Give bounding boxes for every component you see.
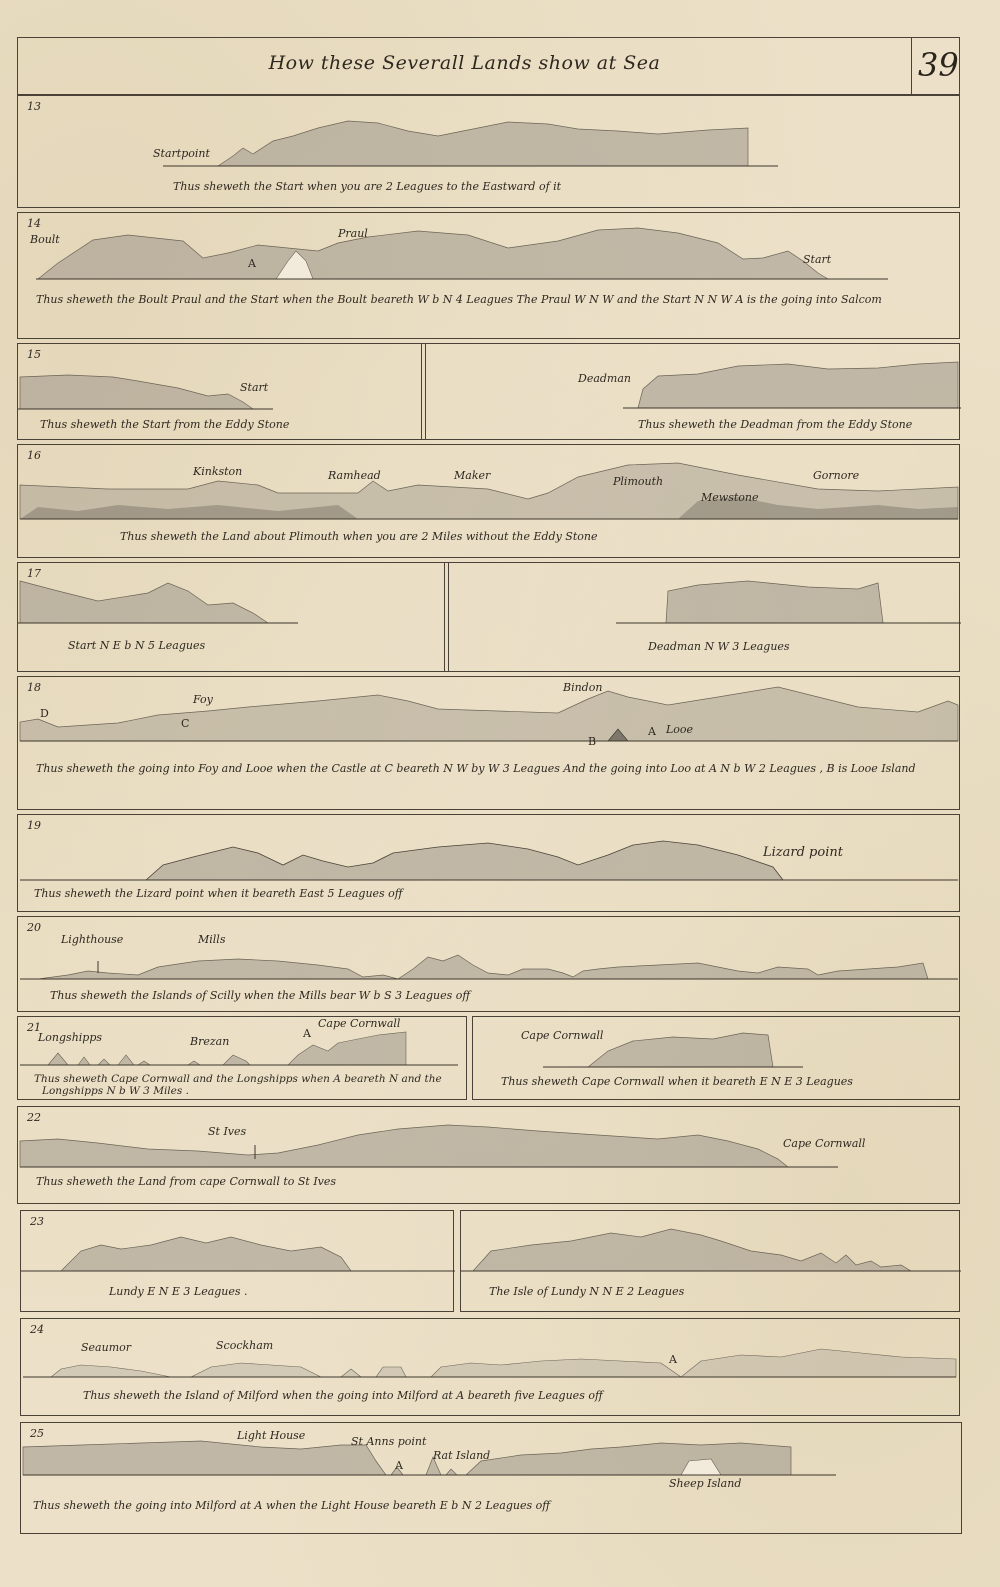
- label-praul: Praul: [338, 227, 368, 240]
- view-15: 15 Start Thus sheweth the Start from the…: [17, 343, 960, 440]
- view-caption: Thus sheweth the Lizard point when it be…: [34, 887, 403, 900]
- label-kinkston: Kinkston: [193, 465, 242, 478]
- view-20: 20 Lighthouse Mills Thus sheweth the Isl…: [17, 916, 960, 1012]
- label-ramhead: Ramhead: [328, 469, 381, 482]
- view-25: 25 Light House St Anns point A Rat Islan…: [20, 1422, 962, 1534]
- label-start: Start: [240, 381, 268, 394]
- label-cape-cornwall: Cape Cornwall: [318, 1017, 400, 1030]
- view-caption: Thus sheweth the Island of Milford when …: [83, 1389, 603, 1402]
- right-caption: The Isle of Lundy N N E 2 Leagues: [489, 1285, 684, 1298]
- marker-c: C: [181, 717, 189, 730]
- view-17: 17 Start N E b N 5 Leagues Deadman N W 3…: [17, 562, 960, 672]
- marker-a: A: [669, 1353, 677, 1366]
- label-startpoint: Startpoint: [153, 147, 210, 160]
- label-bindon: Bindon: [563, 681, 602, 694]
- view-13: 13 Startpoint Thus sheweth the Start whe…: [17, 95, 960, 208]
- label-rat-island: Rat Island: [433, 1449, 490, 1462]
- coastline-profile: [18, 677, 961, 811]
- marker-d: D: [40, 707, 49, 720]
- view-21-left: 21 Longshipps Brezan A Cape Cornwall Thu…: [17, 1016, 467, 1100]
- page-number: 39: [918, 46, 959, 84]
- label-st-ives: St Ives: [208, 1125, 246, 1138]
- page-number-cell: 39: [911, 38, 959, 94]
- right-caption: Thus sheweth the Deadman from the Eddy S…: [638, 418, 912, 431]
- label-lizard-point: Lizard point: [763, 845, 843, 860]
- view-18: 18 D Foy C Bindon A Looe B Thus sheweth …: [17, 676, 960, 810]
- label-gornore: Gornore: [813, 469, 859, 482]
- caption-line-2: Longshipps N b W 3 Miles .: [42, 1085, 189, 1097]
- view-caption: Thus sheweth the going into Foy and Looe…: [36, 762, 916, 775]
- coastline-profile: [18, 213, 961, 340]
- view-24: 24 Seaumor Scockham A Thus sheweth the I…: [20, 1318, 960, 1416]
- label-sheep-island: Sheep Island: [669, 1477, 741, 1490]
- left-caption: Lundy E N E 3 Leagues .: [109, 1285, 248, 1298]
- view-16: 16 Kinkston Ramhead Maker Plimouth Mewst…: [17, 444, 960, 558]
- label-cape-cornwall: Cape Cornwall: [521, 1029, 603, 1042]
- right-caption: Deadman N W 3 Leagues: [648, 640, 790, 653]
- page-title: How these Severall Lands show at Sea: [18, 52, 911, 74]
- marker-a: A: [303, 1027, 311, 1040]
- view-22: 22 St Ives Cape Cornwall Thus sheweth th…: [17, 1106, 960, 1204]
- label-longshipps: Longshipps: [38, 1031, 102, 1044]
- view-caption: Thus sheweth the Land about Plimouth whe…: [120, 530, 597, 543]
- left-caption: Thus sheweth the Start from the Eddy Sto…: [40, 418, 289, 431]
- label-lighthouse: Lighthouse: [61, 933, 123, 946]
- marker-a: A: [248, 257, 256, 270]
- label-st-anns-point: St Anns point: [351, 1435, 426, 1448]
- view-19: 19 Lizard point Thus sheweth the Lizard …: [17, 814, 960, 912]
- label-cape-cornwall: Cape Cornwall: [783, 1137, 865, 1150]
- view-caption: Thus sheweth the Start when you are 2 Le…: [173, 180, 561, 193]
- title-bar: How these Severall Lands show at Sea 39: [17, 37, 960, 95]
- label-seaumor: Seaumor: [81, 1341, 131, 1354]
- marker-a: A: [648, 725, 656, 738]
- marker-a: A: [395, 1459, 403, 1472]
- label-maker: Maker: [454, 469, 490, 482]
- coastline-profile: [21, 1319, 961, 1417]
- label-scockham: Scockham: [216, 1339, 273, 1352]
- coastline-profile: [18, 563, 961, 673]
- coastline-profile: [18, 1107, 961, 1205]
- label-light-house: Light House: [237, 1429, 305, 1442]
- view-23-right: The Isle of Lundy N N E 2 Leagues: [460, 1210, 960, 1312]
- view-21-right: Cape Cornwall Thus sheweth Cape Cornwall…: [472, 1016, 960, 1100]
- coastline-profile: [21, 1423, 963, 1535]
- label-boult: Boult: [30, 233, 60, 246]
- label-brezan: Brezan: [190, 1035, 229, 1048]
- caption-line-1: Thus sheweth Cape Cornwall and the Longs…: [34, 1073, 442, 1085]
- label-deadman: Deadman: [578, 372, 631, 385]
- label-foy: Foy: [193, 693, 213, 706]
- view-caption: Thus sheweth the Land from cape Cornwall…: [36, 1175, 336, 1188]
- label-looe: Looe: [666, 723, 693, 736]
- view-caption: Thus sheweth the Islands of Scilly when …: [50, 989, 470, 1002]
- view-23-left: 23 Lundy E N E 3 Leagues .: [20, 1210, 454, 1312]
- view-14: 14 Boult Praul Start A Thus sheweth the …: [17, 212, 960, 339]
- view-caption: Thus sheweth the going into Milford at A…: [33, 1499, 550, 1512]
- label-mills: Mills: [198, 933, 225, 946]
- label-start: Start: [803, 253, 831, 266]
- marker-b: B: [588, 735, 596, 748]
- left-caption: Start N E b N 5 Leagues: [68, 639, 205, 652]
- right-caption: Thus sheweth Cape Cornwall when it beare…: [501, 1075, 853, 1088]
- view-caption: Thus sheweth the Boult Praul and the Sta…: [36, 293, 882, 306]
- label-mewstone: Mewstone: [701, 491, 758, 504]
- label-plimouth: Plimouth: [613, 475, 663, 488]
